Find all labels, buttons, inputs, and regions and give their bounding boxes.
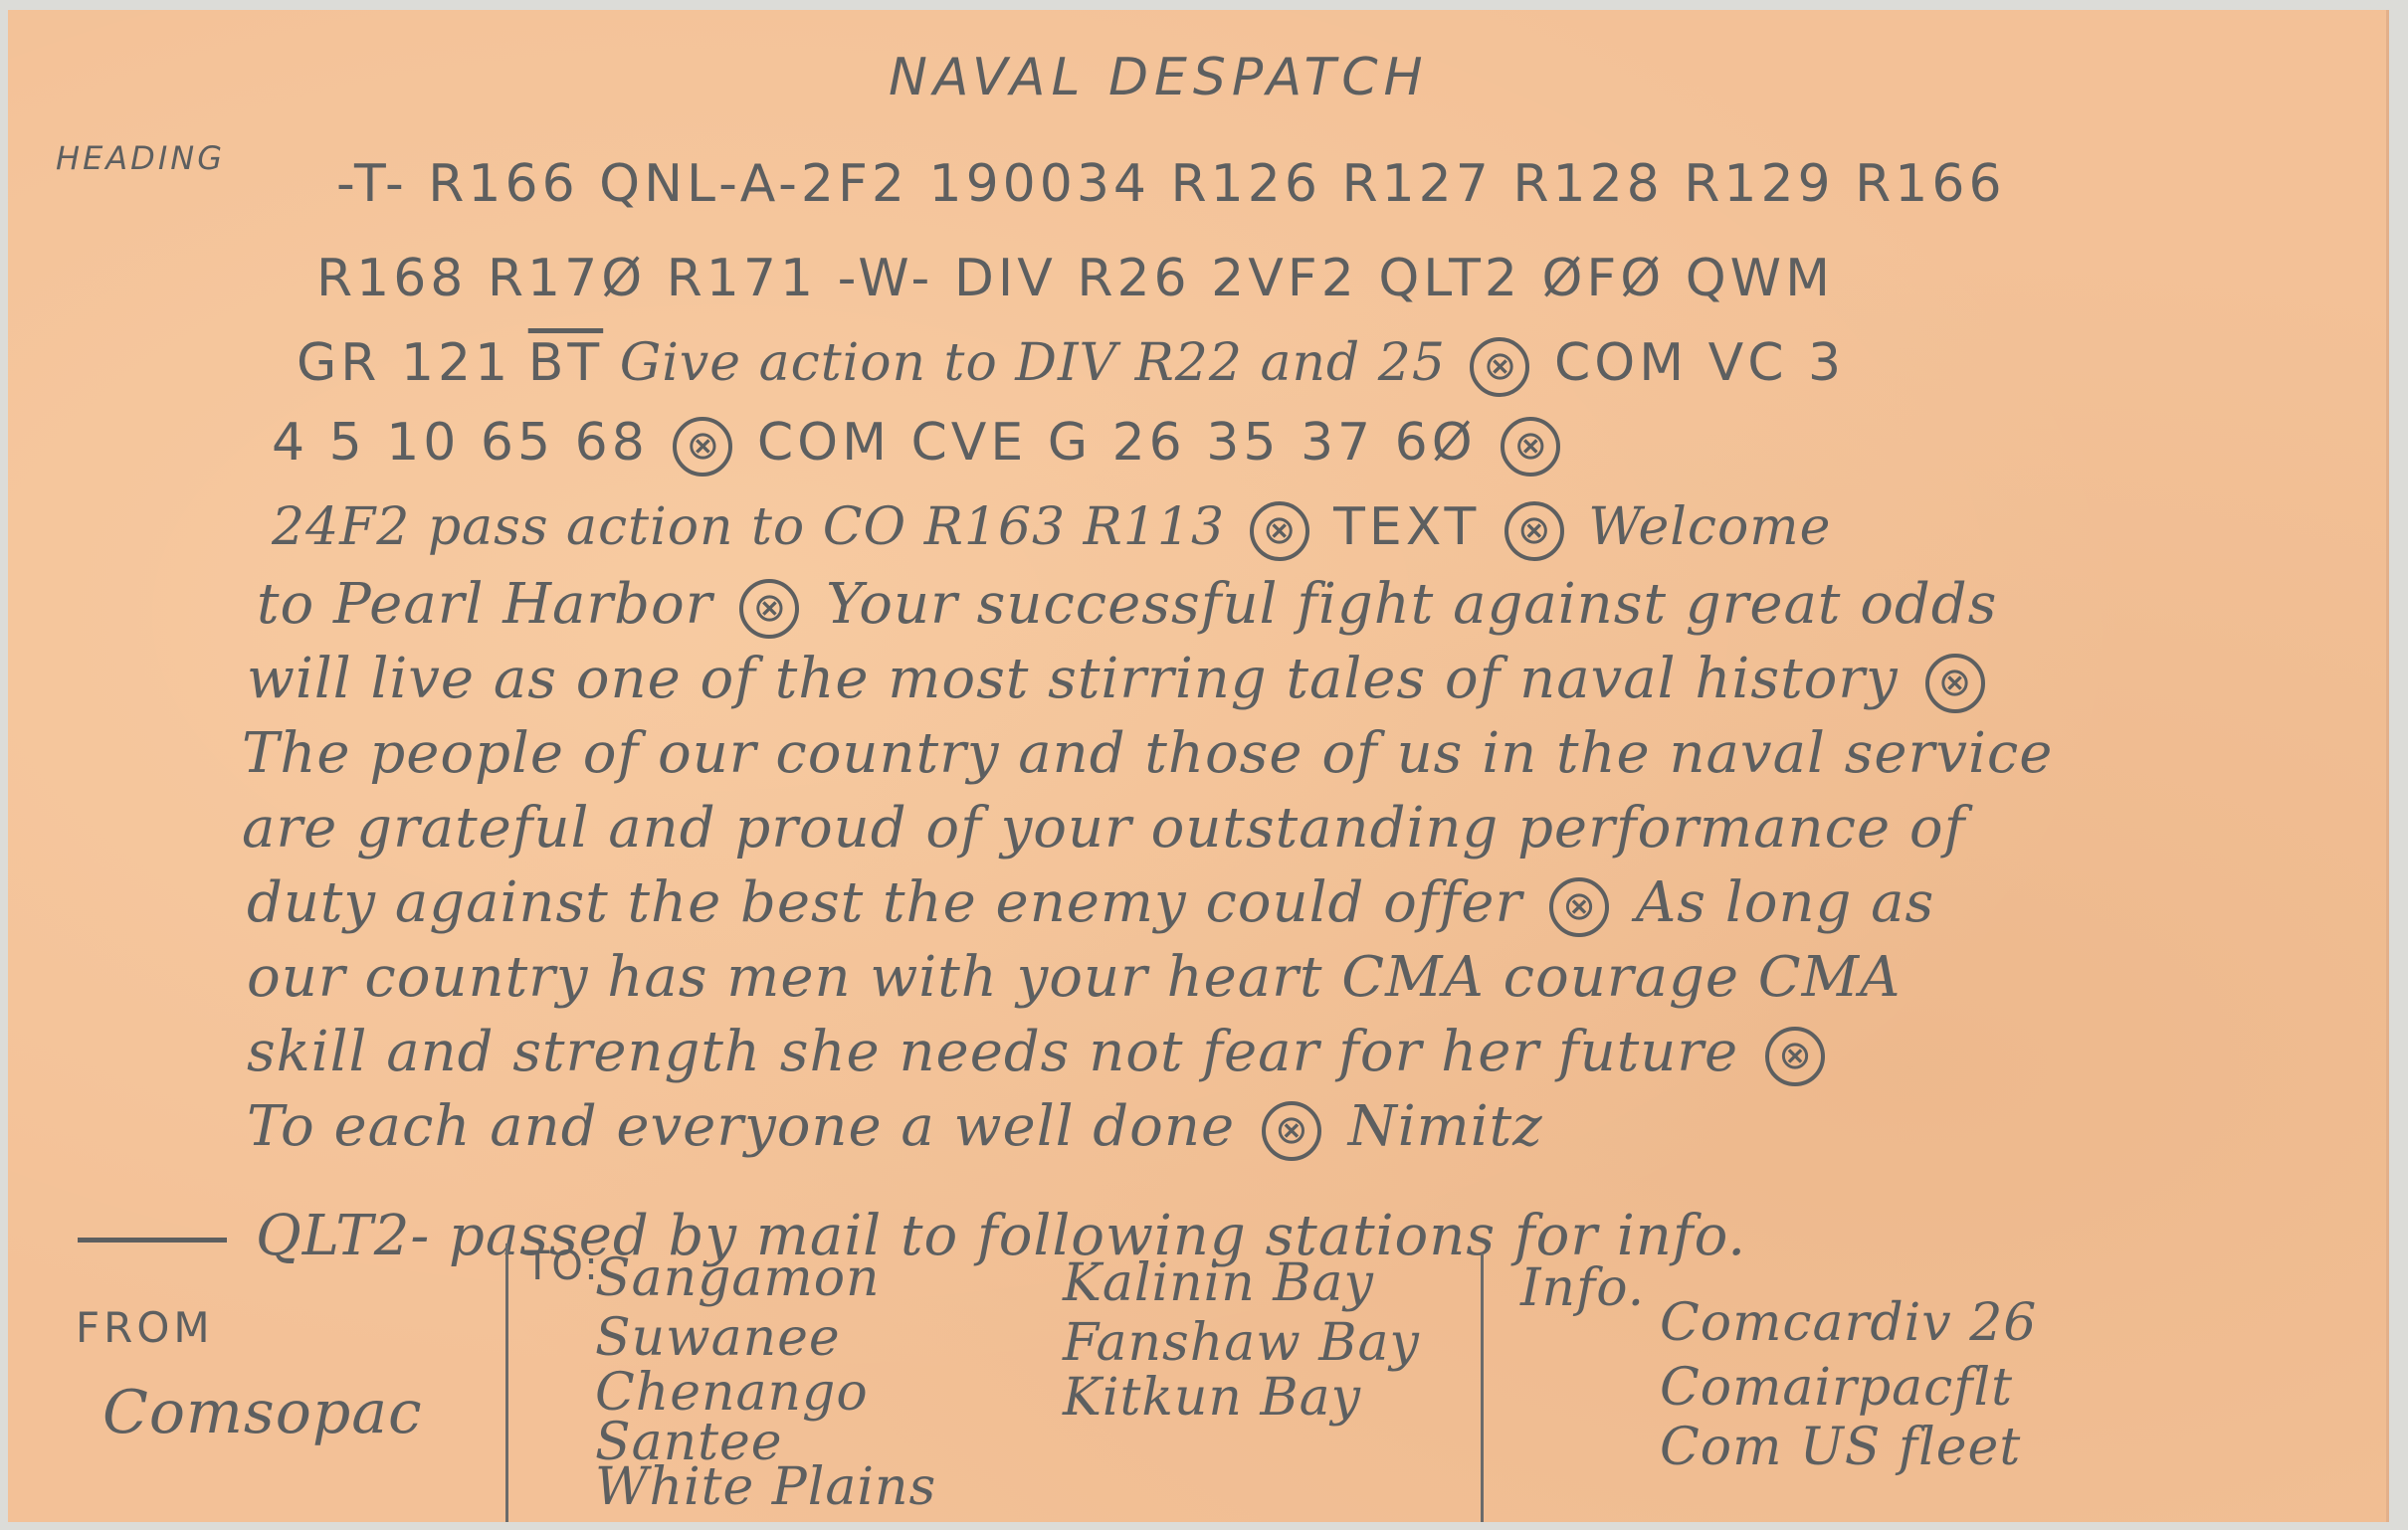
body-text: As long as — [1636, 870, 1934, 935]
body-text: Your successful fight against great odds — [826, 572, 1997, 637]
group-count: GR 121 — [297, 333, 511, 393]
divider-dash — [78, 1238, 227, 1243]
body-line: To each and everyone a well done ⊗ Nimit… — [247, 1094, 1543, 1161]
to-recipient: White Plains — [595, 1457, 936, 1517]
to-label: TO: — [525, 1243, 600, 1289]
body-line: The people of our country and those of u… — [242, 721, 2053, 786]
info-recipient: Comcardiv 26 — [1660, 1293, 2037, 1353]
signature: Nimitz — [1348, 1094, 1543, 1159]
break-x-icon: ⊗ — [1501, 417, 1560, 477]
from-label: FROM — [76, 1303, 214, 1352]
text-prosign: TEXT — [1333, 497, 1480, 557]
body-text: to Pearl Harbor — [257, 572, 713, 637]
body-line: will live as one of the most stirring ta… — [247, 647, 1993, 713]
header-line-1: -T- R166 QNL-A-2F2 190034 R126 R127 R128… — [336, 154, 2006, 214]
vc-numbers: 4 5 10 65 68 — [272, 413, 649, 473]
header-line-3: GR 121 BT Give action to DIV R22 and 25 … — [297, 333, 1845, 397]
despatch-form: NAVAL DESPATCH HEADING -T- R166 QNL-A-2F… — [8, 10, 2389, 1522]
break-x-icon: ⊗ — [1549, 877, 1609, 937]
break-x-icon: ⊗ — [673, 417, 732, 477]
body-line: are grateful and proud of your outstandi… — [242, 796, 1965, 861]
com-cve: COM CVE G 26 35 37 6Ø — [757, 413, 1477, 473]
com-vc: COM VC 3 — [1554, 333, 1845, 393]
to-recipient: Kitkun Bay — [1063, 1368, 1361, 1428]
break-prosign: BT — [528, 333, 603, 393]
body-welcome: Welcome — [1588, 497, 1831, 557]
body-line: duty against the best the enemy could of… — [247, 870, 1934, 937]
body-text: duty against the best the enemy could of… — [247, 870, 1522, 935]
header-line-4: 4 5 10 65 68 ⊗ COM CVE G 26 35 37 6Ø ⊗ — [272, 413, 1568, 477]
routing-note: QLT2- passed by mail to following statio… — [78, 1204, 1746, 1268]
break-x-icon: ⊗ — [1470, 337, 1529, 397]
body-line: skill and strength she needs not fear fo… — [247, 1020, 1833, 1086]
to-recipient: Suwanee — [595, 1308, 841, 1368]
body-text: skill and strength she needs not fear fo… — [247, 1020, 1738, 1084]
action-instruction: Give action to DIV R22 and 25 — [620, 333, 1446, 393]
break-x-icon: ⊗ — [1250, 501, 1309, 561]
body-line: our country has men with your heart CMA … — [247, 945, 1901, 1010]
header-line-2: R168 R17Ø R171 -W- DIV R26 2VF2 QLT2 ØFØ… — [316, 249, 1834, 308]
column-divider — [1481, 1253, 1484, 1522]
body-text: To each and everyone a well done — [247, 1094, 1235, 1159]
info-recipient: Com US fleet — [1660, 1418, 2021, 1477]
document-title: NAVAL DESPATCH — [889, 48, 1429, 107]
from-value: Comsopac — [102, 1378, 423, 1447]
to-recipient: Kalinin Bay — [1063, 1253, 1374, 1313]
break-x-icon: ⊗ — [1262, 1101, 1321, 1161]
body-text: will live as one of the most stirring ta… — [247, 647, 1899, 711]
break-x-icon: ⊗ — [1765, 1027, 1825, 1086]
to-recipient: Fanshaw Bay — [1063, 1313, 1420, 1373]
info-label: Info. — [1520, 1258, 1645, 1318]
break-x-icon: ⊗ — [1925, 654, 1985, 713]
pass-action: 24F2 pass action to CO R163 R113 — [272, 497, 1225, 557]
to-recipient: Sangamon — [595, 1248, 881, 1308]
body-line: to Pearl Harbor ⊗ Your successful fight … — [257, 572, 1997, 639]
column-divider — [505, 1243, 508, 1522]
break-x-icon: ⊗ — [739, 579, 799, 639]
break-x-icon: ⊗ — [1505, 501, 1564, 561]
info-recipient: Comairpacflt — [1660, 1358, 2013, 1418]
header-line-5: 24F2 pass action to CO R163 R113 ⊗ TEXT … — [272, 497, 1831, 561]
heading-label: HEADING — [56, 139, 225, 177]
